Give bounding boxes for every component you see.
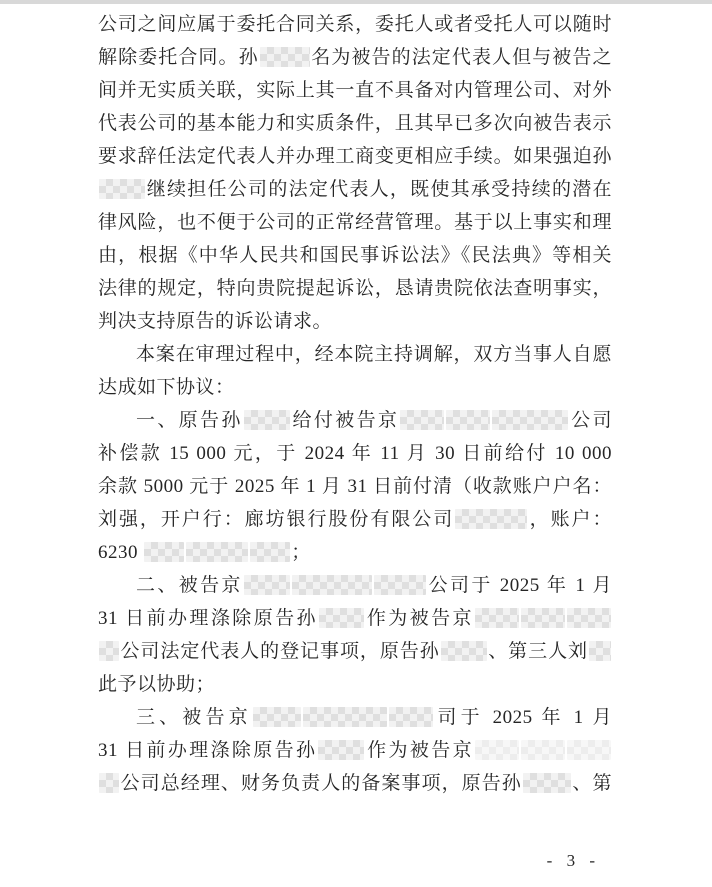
text-run: 一、原告孙 <box>136 410 243 431</box>
text-run: ，账户： <box>528 509 612 530</box>
redaction-patch <box>99 179 145 199</box>
document-line: 判决支持原告的诉讼请求。 <box>98 305 612 338</box>
text-run: 代表公司的基本能力和实质条件，且其早已多次向被告表示 <box>98 113 612 134</box>
document-line: 补偿款 15 000 元，于 2024 年 11 月 30 日前给付 10 00… <box>98 437 612 470</box>
redaction-patch <box>99 773 119 793</box>
text-run: 司于 2025 年 1 月 <box>434 707 612 728</box>
text-run: 公司法定代表人的登记事项，原告孙 <box>120 641 440 662</box>
document-line: 公司之间应属于委托合同关系，委托人或者受托人可以随时 <box>98 8 612 41</box>
redaction-patch <box>250 542 290 562</box>
redaction-patch <box>389 707 433 727</box>
document-line: 法律的规定，特向贵院提起诉讼，恳请贵院依法查明事实， <box>98 272 612 305</box>
scan-edge-artifact <box>0 0 712 4</box>
redaction-patch <box>144 542 184 562</box>
text-run: 二、被告京 <box>136 575 243 596</box>
redaction-patch <box>292 575 372 595</box>
text-run: 31 日前办理涤除原告孙 <box>98 740 317 761</box>
redaction-patch <box>186 542 248 562</box>
text-run: 、第三人刘 <box>488 641 588 662</box>
document-line: 此予以协助； <box>98 668 612 701</box>
text-run: 律风险，也不便于公司的正常经营管理。基于以上事实和理 <box>98 212 612 233</box>
text-run: 由，根据《中华人民共和国民事诉讼法》《民法典》等相关 <box>98 245 612 266</box>
text-run: 此予以协助； <box>98 674 215 695</box>
text-run: 三、被告京 <box>136 707 252 728</box>
text-run: 作为被告京 <box>365 740 474 761</box>
text-run: 继续担任公司的法定代表人，既使其承受持续的潜在法 <box>98 179 612 206</box>
document-line: 三、被告京司于 2025 年 1 月 <box>98 701 612 734</box>
redaction-patch <box>260 47 310 67</box>
document-body: 公司之间应属于委托合同关系，委托人或者受托人可以随时解除委托合同。孙名为被告的法… <box>98 8 612 800</box>
redaction-patch <box>319 608 364 628</box>
document-line: 31 日前办理涤除原告孙作为被告京 <box>98 602 612 635</box>
redaction-patch <box>446 410 490 430</box>
document-line: 本案在审理过程中，经本院主持调解，双方当事人自愿 <box>98 338 612 371</box>
text-run: 余款 5000 元于 2025 年 1 月 31 日前付清（收款账户户名： <box>98 476 612 497</box>
text-run: 公司总经理、财务负责人的备案事项，原告孙 <box>120 773 522 794</box>
document-line: 间并无实质关联，实际上其一直不具备对内管理公司、对外 <box>98 74 612 107</box>
redaction-patch <box>374 575 426 595</box>
document-line: 要求辞任法定代表人并办理工商变更相应手续。如果强迫孙 <box>98 140 612 173</box>
text-run: 作为被告京 <box>365 608 474 629</box>
redaction-patch <box>99 641 119 661</box>
text-run: 达成如下协议： <box>98 377 235 398</box>
redaction-patch <box>567 740 611 760</box>
redaction-patch <box>589 641 611 661</box>
redaction-patch <box>303 707 387 727</box>
redaction-patch <box>244 575 290 595</box>
text-run: 间并无实质关联，实际上其一直不具备对内管理公司、对外 <box>98 80 612 101</box>
redaction-patch <box>400 410 444 430</box>
text-run: 31 日前办理涤除原告孙 <box>98 608 318 629</box>
document-line: 余款 5000 元于 2025 年 1 月 31 日前付清（收款账户户名： <box>98 470 612 503</box>
text-run: ； <box>291 542 311 563</box>
document-line: 由，根据《中华人民共和国民事诉讼法》《民法典》等相关 <box>98 239 612 272</box>
document-line: 一、原告孙给付被告京公司 <box>98 404 612 437</box>
redaction-patch <box>441 641 487 661</box>
page-number: - 3 - <box>547 851 600 871</box>
document-page: 公司之间应属于委托合同关系，委托人或者受托人可以随时解除委托合同。孙名为被告的法… <box>0 0 712 887</box>
document-line: 公司总经理、财务负责人的备案事项，原告孙、第三 <box>98 767 612 800</box>
redaction-patch <box>521 608 565 628</box>
text-run: 给付被告京 <box>291 410 400 431</box>
document-line: 二、被告京公司于 2025 年 1 月 <box>98 569 612 602</box>
redaction-patch <box>521 740 565 760</box>
text-run: 6230 <box>98 542 143 563</box>
document-line: 公司法定代表人的登记事项，原告孙、第三人刘对 <box>98 635 612 668</box>
text-run: 法律的规定，特向贵院提起诉讼，恳请贵院依法查明事实， <box>98 278 612 299</box>
text-run: 公司之间应属于委托合同关系，委托人或者受托人可以随时 <box>98 14 612 35</box>
redaction-patch <box>492 410 568 430</box>
redaction-patch <box>567 608 611 628</box>
text-run: 判决支持原告的诉讼请求。 <box>98 311 332 332</box>
document-line: 6230 ； <box>98 536 612 569</box>
text-run: 本案在审理过程中，经本院主持调解，双方当事人自愿 <box>136 344 612 365</box>
redaction-patch <box>244 410 290 430</box>
document-line: 刘强，开户行：廊坊银行股份有限公司，账户： <box>98 503 612 536</box>
document-line: 律风险，也不便于公司的正常经营管理。基于以上事实和理 <box>98 206 612 239</box>
text-run: 刘强，开户行：廊坊银行股份有限公司 <box>98 509 454 530</box>
text-run: 解除委托合同。孙 <box>98 47 259 68</box>
text-run: 公司于 2025 年 1 月 <box>427 575 612 596</box>
redaction-patch <box>253 707 301 727</box>
redaction-patch <box>523 773 571 793</box>
redaction-patch <box>475 608 519 628</box>
redaction-patch <box>455 509 527 529</box>
text-run: 名为被告的法定代表人但与被告之 <box>311 47 612 68</box>
text-run: 要求辞任法定代表人并办理工商变更相应手续。如果强迫孙 <box>98 146 612 167</box>
text-run: 公司 <box>569 410 612 431</box>
document-line: 解除委托合同。孙名为被告的法定代表人但与被告之 <box>98 41 612 74</box>
document-line: 继续担任公司的法定代表人，既使其承受持续的潜在法 <box>98 173 612 206</box>
document-line: 31 日前办理涤除原告孙作为被告京 <box>98 734 612 767</box>
document-line: 达成如下协议： <box>98 371 612 404</box>
redaction-patch <box>475 740 519 760</box>
redaction-patch <box>318 740 364 760</box>
text-run: 补偿款 15 000 元，于 2024 年 11 月 30 日前给付 10 00… <box>98 443 612 470</box>
document-line: 代表公司的基本能力和实质条件，且其早已多次向被告表示 <box>98 107 612 140</box>
